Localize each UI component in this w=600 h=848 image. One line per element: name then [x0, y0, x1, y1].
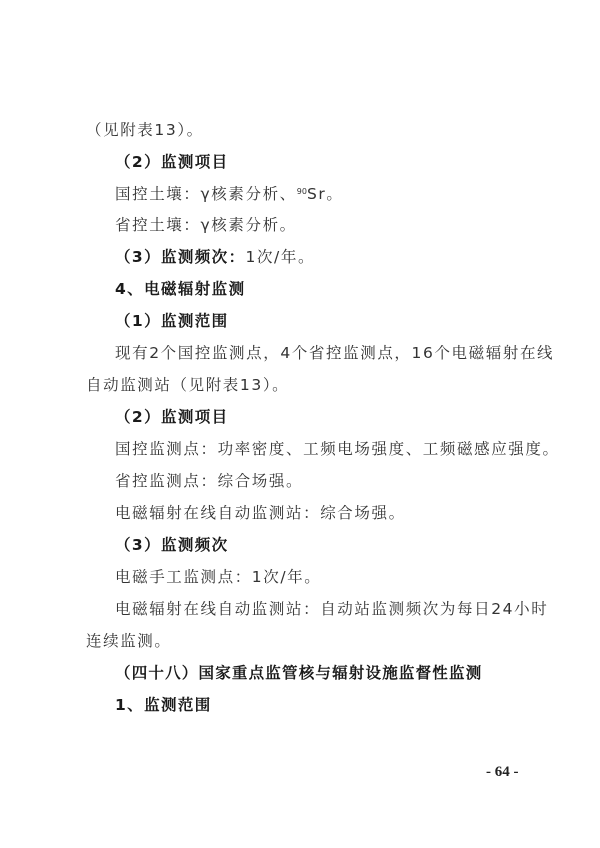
- section-heading-48: （四十八）国家重点监管核与辐射设施监督性监测: [115, 663, 482, 683]
- subheading-monitoring-frequency: （3）监测频次: [115, 535, 229, 555]
- online-station-frequency-line2: 连续监测。: [86, 631, 172, 651]
- provincial-soil-items: 省控土壤：γ核素分析。: [115, 215, 297, 235]
- subheading-monitoring-items: （2）监测项目: [115, 152, 229, 172]
- section-heading-em-radiation: 4、电磁辐射监测: [115, 279, 246, 299]
- monitoring-frequency-line: （3）监测频次：1次/年。: [115, 247, 315, 267]
- national-soil-text: 国控土壤：γ核素分析、: [115, 185, 297, 203]
- isotope-mass-number: 90: [297, 187, 307, 196]
- paragraph-continuation: （见附表13）。: [86, 120, 204, 140]
- scope-paragraph-line2: 自动监测站（见附表13）。: [86, 375, 289, 395]
- frequency-label: （3）监测频次：: [115, 248, 246, 266]
- section-heading-scope: 1、监测范围: [115, 695, 212, 715]
- frequency-value: 1次/年。: [246, 248, 316, 266]
- online-station-frequency-line1: 电磁辐射在线自动监测站：自动站监测频次为每日24小时: [115, 599, 548, 619]
- national-points-items: 国控监测点：功率密度、工频电场强度、工频磁感应强度。: [115, 439, 560, 459]
- national-soil-items: 国控土壤：γ核素分析、90Sr。: [115, 184, 343, 204]
- scope-paragraph-line1: 现有2个国控监测点，4个省控监测点，16个电磁辐射在线: [115, 343, 554, 363]
- subheading-monitoring-items-2: （2）监测项目: [115, 407, 229, 427]
- provincial-points-items: 省控监测点：综合场强。: [115, 471, 303, 491]
- isotope-symbol: Sr。: [307, 185, 344, 203]
- page-number: - 64 -: [486, 764, 519, 781]
- subheading-monitoring-scope: （1）监测范围: [115, 311, 229, 331]
- manual-points-frequency: 电磁手工监测点：1次/年。: [115, 567, 321, 587]
- online-station-items: 电磁辐射在线自动监测站：综合场强。: [115, 503, 406, 523]
